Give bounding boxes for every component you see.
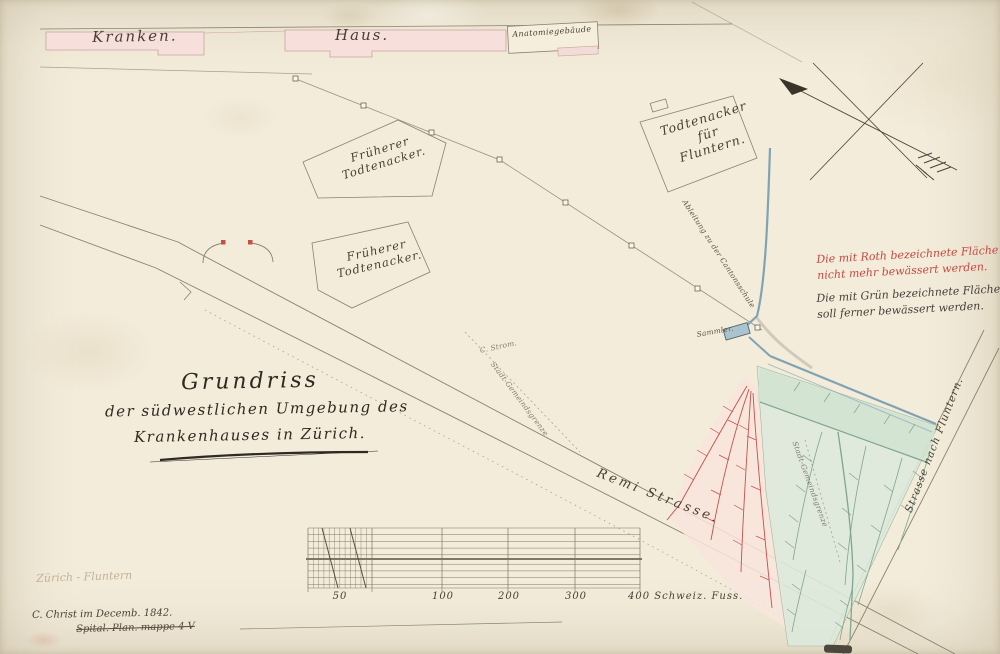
scale-tick-300: 300 — [561, 591, 591, 604]
map-drawing — [0, 0, 1000, 654]
map-sheet: Kranken. Haus. Anatomiegebäude Früherer … — [0, 0, 1000, 654]
hospital-label-haus: Haus. — [335, 26, 389, 45]
scale-end-label: 400 Schweiz. Fuss. — [628, 591, 758, 604]
ink-mark — [824, 645, 852, 654]
hospital-label-kranken: Kranken. — [92, 27, 178, 47]
scale-tick-200: 200 — [494, 591, 524, 604]
signature-rule — [240, 622, 562, 629]
author-date: C. Christ im Decemb. 1842. — [32, 608, 172, 623]
gate-junction — [180, 240, 273, 300]
map-title-line1: Grundriss — [145, 366, 355, 397]
title-underline — [150, 451, 378, 462]
scale-bar — [306, 528, 642, 592]
scale-tick-100: 100 — [428, 591, 458, 604]
north-arrow-icon — [779, 63, 957, 180]
scale-tick-50: 50 — [325, 591, 355, 604]
